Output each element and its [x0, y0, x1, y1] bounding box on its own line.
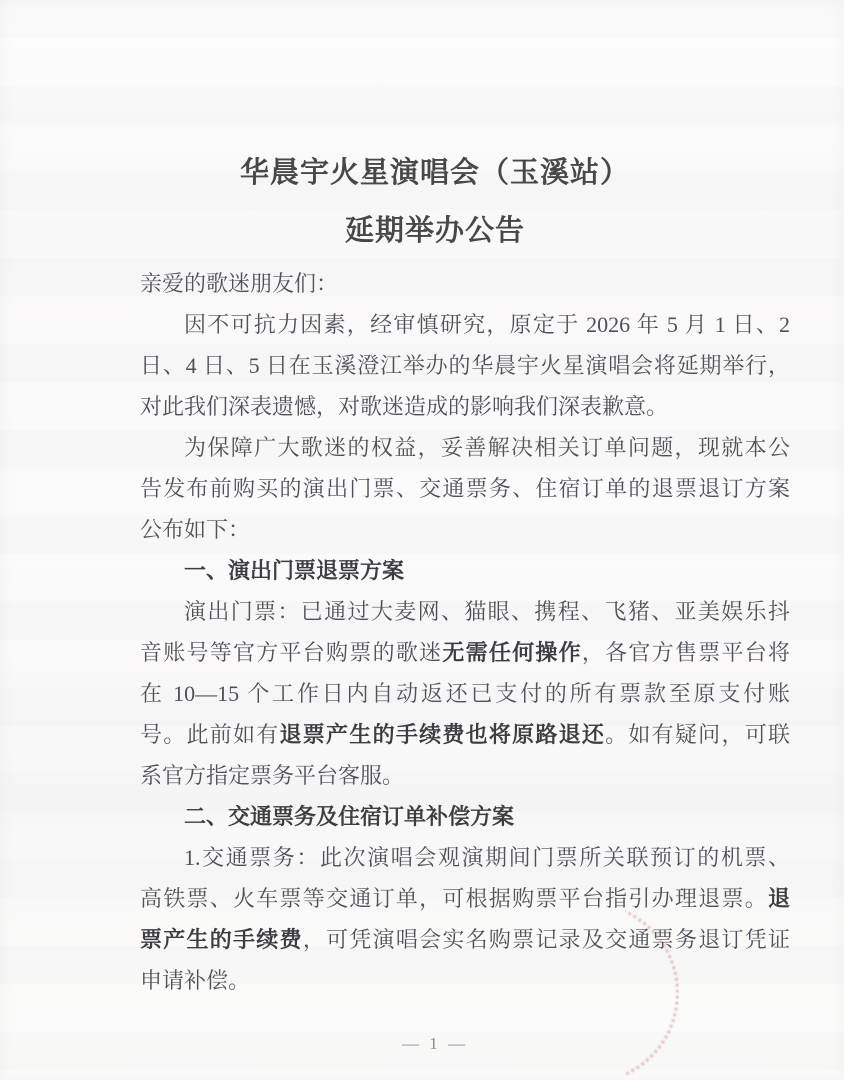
body-text: 为保障广大歌迷的权益，妥善解决相关订单问题，现就本公	[184, 435, 790, 460]
paragraph: 演出门票：已通过大麦网、猫眼、携程、飞猪、亚美娱乐抖音账号等官方平台购票的歌迷无…	[140, 591, 790, 796]
section-heading: 二、交通票务及住宿订单补偿方案	[140, 796, 790, 837]
emphasis-text: 票产生的手续费	[140, 927, 303, 952]
section-heading: 一、演出门票退票方案	[140, 550, 790, 591]
text-line: 对此我们深表遗憾，对歌迷造成的影响我们深表歉意。	[140, 386, 790, 427]
paragraph: 亲爱的歌迷朋友们：	[140, 263, 790, 304]
body-text: 公布如下：	[140, 517, 250, 542]
body-text: 1.交通票务：此次演唱会观演期间门票所关联预订的机票、	[184, 845, 790, 870]
emphasis-text: 退票产生的手续费也将原路退还	[280, 722, 606, 747]
text-line: 1.交通票务：此次演唱会观演期间门票所关联预订的机票、	[140, 837, 790, 878]
body-text: 日、4 日、5 日在玉溪澄江举办的华晨宇火星演唱会将延期举行，	[140, 353, 790, 378]
body-text: ，各官方售票平台将	[582, 640, 790, 665]
body-text: 亲爱的歌迷朋友们：	[140, 271, 338, 296]
body-text: 申请补偿。	[140, 968, 250, 993]
text-line: 系官方指定票务平台客服。	[140, 755, 790, 796]
text-line: 告发布前购买的演出门票、交通票务、住宿订单的退票退订方案	[140, 468, 790, 509]
text-line: 票产生的手续费，可凭演唱会实名购票记录及交通票务退订凭证	[140, 919, 790, 960]
text-line: 音账号等官方平台购票的歌迷无需任何操作，各官方售票平台将	[140, 632, 790, 673]
text-line: 日、4 日、5 日在玉溪澄江举办的华晨宇火星演唱会将延期举行，	[140, 345, 790, 386]
text-line: 在 10—15 个工作日内自动返还已支付的所有票款至原支付账	[140, 673, 790, 714]
body-text: 在 10—15 个工作日内自动返还已支付的所有票款至原支付账	[140, 681, 790, 706]
text-line: 申请补偿。	[140, 960, 790, 1001]
paragraph: 为保障广大歌迷的权益，妥善解决相关订单问题，现就本公告发布前购买的演出门票、交通…	[140, 427, 790, 550]
body-text: 对此我们深表遗憾，对歌迷造成的影响我们深表歉意。	[140, 394, 668, 419]
document-title-line-1: 华晨宇火星演唱会（玉溪站）	[140, 144, 730, 202]
scanned-announcement-page: 华晨宇火星演唱会（玉溪站） 延期举办公告 亲爱的歌迷朋友们：因不可抗力因素，经审…	[0, 0, 844, 1080]
emphasis-text: 一、演出门票退票方案	[184, 558, 404, 583]
body-text: 告发布前购买的演出门票、交通票务、住宿订单的退票退订方案	[140, 476, 790, 501]
body-text: 演出门票：已通过大麦网、猫眼、携程、飞猪、亚美娱乐抖	[184, 599, 790, 624]
paragraph: 1.交通票务：此次演唱会观演期间门票所关联预订的机票、高铁票、火车票等交通订单，…	[140, 837, 790, 1001]
document-body: 亲爱的歌迷朋友们：因不可抗力因素，经审慎研究，原定于 2026 年 5 月 1 …	[140, 263, 790, 1001]
document-title: 华晨宇火星演唱会（玉溪站） 延期举办公告	[140, 144, 730, 260]
page-number: — 1 —	[140, 1034, 730, 1054]
body-text: ，可凭演唱会实名购票记录及交通票务退订凭证	[303, 927, 790, 952]
text-line: 号。此前如有退票产生的手续费也将原路退还。如有疑问，可联	[140, 714, 790, 755]
paragraph: 因不可抗力因素，经审慎研究，原定于 2026 年 5 月 1 日、2日、4 日、…	[140, 304, 790, 427]
emphasis-text: 无需任何操作	[442, 640, 582, 665]
text-line: 亲爱的歌迷朋友们：	[140, 263, 790, 304]
emphasis-text: 二、交通票务及住宿订单补偿方案	[184, 804, 514, 829]
text-line: 公布如下：	[140, 509, 790, 550]
body-text: 因不可抗力因素，经审慎研究，原定于 2026 年 5 月 1 日、2	[184, 312, 790, 337]
emphasis-text: 退	[768, 886, 790, 911]
body-text: 高铁票、火车票等交通订单，可根据购票平台指引办理退票。	[140, 886, 768, 911]
text-line: 演出门票：已通过大麦网、猫眼、携程、飞猪、亚美娱乐抖	[140, 591, 790, 632]
text-line: 因不可抗力因素，经审慎研究，原定于 2026 年 5 月 1 日、2	[140, 304, 790, 345]
text-line: 一、演出门票退票方案	[140, 550, 790, 591]
body-text: 。如有疑问，可联	[605, 722, 790, 747]
text-line: 为保障广大歌迷的权益，妥善解决相关订单问题，现就本公	[140, 427, 790, 468]
text-line: 二、交通票务及住宿订单补偿方案	[140, 796, 790, 837]
document-title-line-2: 延期举办公告	[140, 202, 730, 260]
body-text: 系官方指定票务平台客服。	[140, 763, 404, 788]
text-line: 高铁票、火车票等交通订单，可根据购票平台指引办理退票。退	[140, 878, 790, 919]
body-text: 音账号等官方平台购票的歌迷	[140, 640, 442, 665]
body-text: 号。此前如有	[140, 722, 280, 747]
